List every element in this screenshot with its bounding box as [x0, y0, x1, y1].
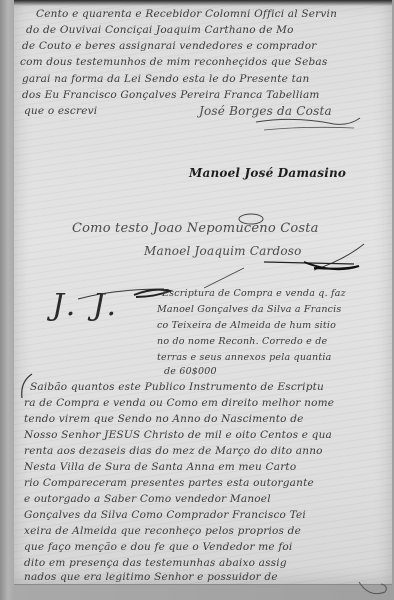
top-line-3: de Couto e beres assignarai vendedores e… — [22, 40, 316, 52]
marginal-note-line-1: Escriptura de Compra e venda q. faz — [162, 288, 346, 299]
marginal-note-line-2: Manoel Gonçalves da Silva a Francis — [157, 304, 341, 315]
notary-flourish-icon — [254, 112, 364, 134]
top-line-6: dos Eu Francisco Gonçalves Pereira Franc… — [22, 89, 320, 101]
body-line-11: que faço menção e dou fe que o Vendedor … — [24, 541, 293, 553]
corner-ink-mark-icon — [355, 580, 391, 600]
top-line-5: garai na forma da Lei Sendo esta le do P… — [22, 73, 309, 85]
body-line-1: Saibão quantos este Publico Instrumento … — [30, 381, 324, 393]
middle-signature: Manoel José Damasino — [189, 166, 346, 180]
signature-loop-icon — [229, 210, 279, 230]
body-line-13: nados que era legitimo Senhor e possuido… — [24, 571, 278, 583]
body-line-5: renta aos dezaseis dias do mez de Março … — [24, 445, 323, 457]
marginal-note-line-4: no do nome Reconh. Corredo e de — [157, 336, 327, 347]
body-line-2: ra de Compra e venda ou Como em direito … — [24, 397, 334, 409]
marginal-note-line-5: terras e seus annexos pela quantia — [157, 352, 331, 363]
body-line-4: Nosso Senhor JESUS Christo de mil e oito… — [24, 429, 332, 441]
top-line-7: que o escrevi — [24, 105, 97, 117]
body-line-8: e outorgado a Saber Como vendedor Manoel — [24, 493, 271, 505]
body-line-12: dito em presença das testemunhas abaixo … — [24, 557, 287, 569]
top-line-4: com dous testemunhos de mim reconheçidos… — [20, 56, 327, 68]
top-line-2: do de Ouvivai Conciçai Joaquim Carthano … — [26, 24, 294, 36]
witness-signature-1: Como testo Joao Nepomuceno Costa — [72, 221, 319, 236]
top-line-1: Cento e quarenta e Recebidor Colomni Off… — [36, 8, 337, 20]
body-line-3: tendo virem que Sendo no Anno do Nascime… — [24, 413, 304, 425]
witness-flourish-icon — [174, 240, 374, 290]
marginal-note-line-3: co Teixeira de Almeida de hum sitio — [157, 320, 336, 331]
margin-flourish-icon — [74, 285, 174, 305]
body-line-9: Gonçalves da Silva Como Comprador Franci… — [24, 509, 306, 521]
body-line-6: Nesta Villa de Sura de Santa Anna em meu… — [24, 461, 296, 473]
manuscript-page: Cento e quarenta e Recebidor Colomni Off… — [14, 0, 392, 585]
marginal-note-line-6: de 60$000 — [164, 366, 217, 377]
body-line-10: xeira de Almeida que reconheço pelos pro… — [24, 525, 301, 537]
body-line-7: rio Compareceram presentes partes esta o… — [24, 477, 314, 489]
